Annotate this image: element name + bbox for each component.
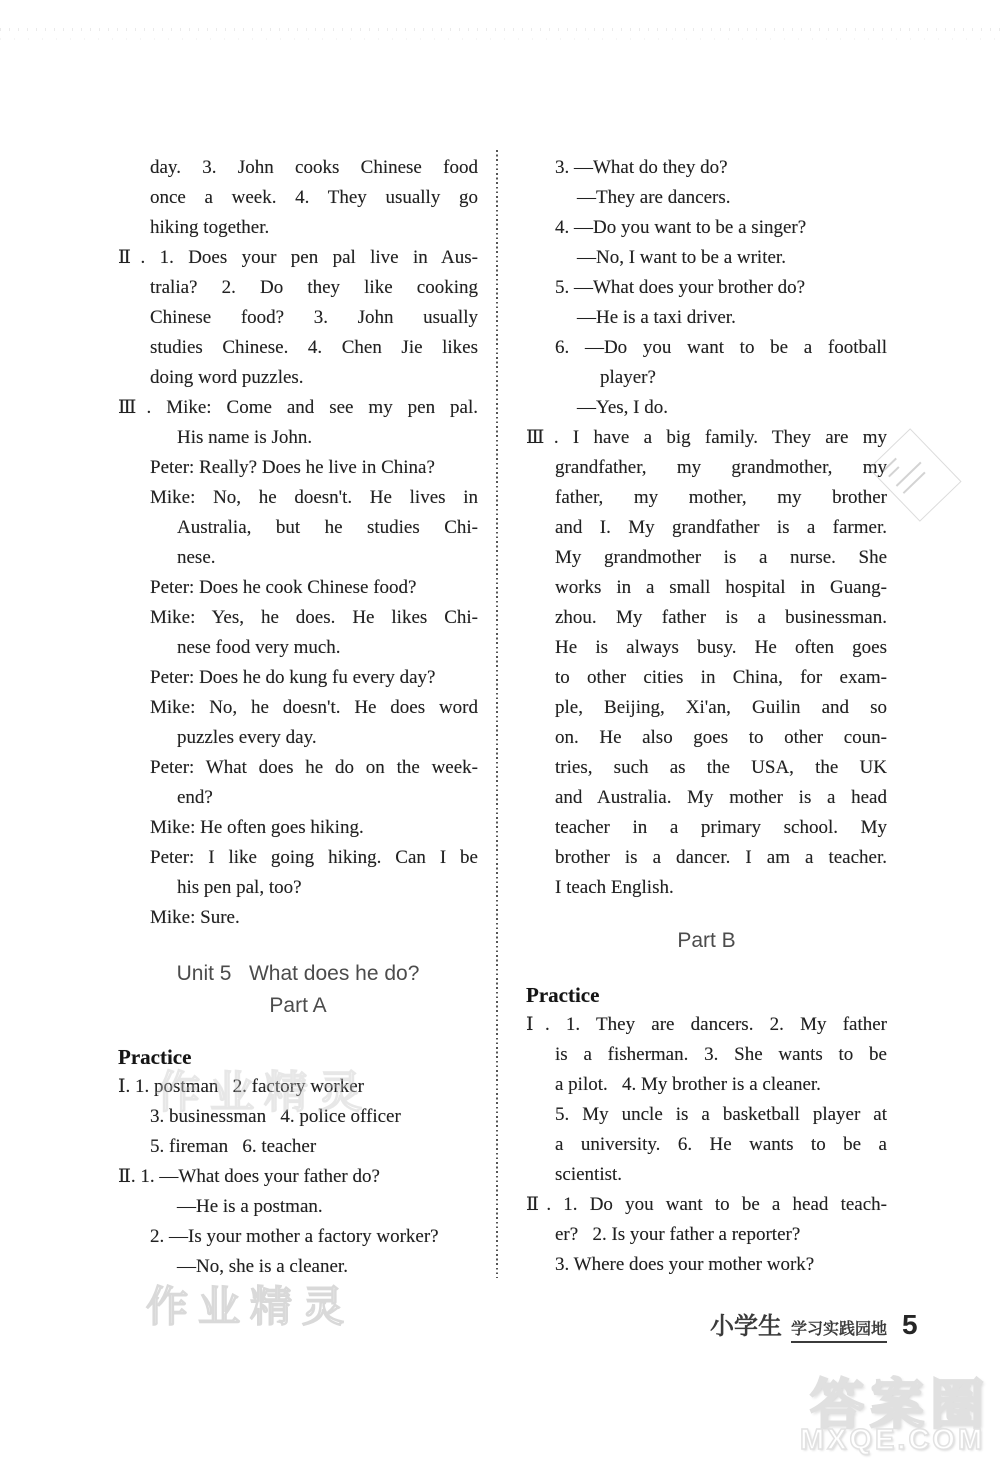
text-line: and Australia. My mother is a head <box>526 783 887 813</box>
text-line: 3. —What do they do? <box>526 153 887 183</box>
text-line: end? <box>118 783 478 813</box>
text-line: puzzles every day. <box>118 723 478 753</box>
footer-brand: 小学生 <box>710 1306 782 1341</box>
watermark-site-url: MXQE.COM <box>800 1424 985 1457</box>
practice-heading: Practice <box>526 980 887 1010</box>
scan-noise <box>0 28 1000 31</box>
column-divider <box>496 150 498 1278</box>
text-line: Ⅰ. 1. They are dancers. 2. My father <box>526 1010 887 1040</box>
text-line: His name is John. <box>118 423 478 453</box>
text-line: Peter: Really? Does he live in China? <box>118 453 478 483</box>
text-line: and I. My grandfather is a farmer. <box>526 513 887 543</box>
part-heading: Part A <box>118 990 478 1022</box>
text-line: Ⅱ. 1. —What does your father do? <box>118 1162 478 1192</box>
text-line: brother is a dancer. I am a teacher. <box>526 843 887 873</box>
footer-series: 学习实践园地 <box>791 1316 887 1343</box>
text-line: to other cities in China, for exam- <box>526 663 887 693</box>
text-line: works in a small hospital in Guang- <box>526 573 887 603</box>
text-line: He is always busy. He often goes <box>526 633 887 663</box>
text-line: tries, such as the USA, the UK <box>526 753 887 783</box>
text-line: Ⅱ. 1. Do you want to be a head teach- <box>526 1190 887 1220</box>
text-line: 6. —Do you want to be a football <box>526 333 887 363</box>
text-line: studies Chinese. 4. Chen Jie likes <box>118 333 478 363</box>
text-line: Peter: Does he cook Chinese food? <box>118 573 478 603</box>
text-line: Peter: I like going hiking. Can I be <box>118 843 478 873</box>
text-line: —Yes, I do. <box>526 393 887 423</box>
text-line: I teach English. <box>526 873 887 903</box>
text-line: Mike: No, he doesn't. He does word <box>118 693 478 723</box>
text-line: Mike: He often goes hiking. <box>118 813 478 843</box>
text-line: on. He also goes to other coun- <box>526 723 887 753</box>
text-line: doing word puzzles. <box>118 363 478 393</box>
text-line: Ⅲ. I have a big family. They are my <box>526 423 887 453</box>
text-line: grandfather, my grandmother, my <box>526 453 887 483</box>
text-line: —He is a taxi driver. <box>526 303 887 333</box>
watermark-homework-lower: 作业精灵 <box>146 1274 354 1334</box>
text-line: Mike: No, he doesn't. He lives in <box>118 483 478 513</box>
text-line: teacher in a primary school. My <box>526 813 887 843</box>
text-line: —He is a postman. <box>118 1192 478 1222</box>
right-column: 3. —What do they do?—They are dancers.4.… <box>526 153 887 1280</box>
text-line: Ⅲ. Mike: Come and see my pen pal. <box>118 393 478 423</box>
text-line: er? 2. Is your father a reporter? <box>526 1220 887 1250</box>
text-line: Chinese food? 3. John usually <box>118 303 478 333</box>
text-line: Mike: Yes, he does. He likes Chi- <box>118 603 478 633</box>
text-line: player? <box>526 363 887 393</box>
text-line: Ⅱ. 1. Does your pen pal live in Aus- <box>118 243 478 273</box>
page-number: 5 <box>902 1309 918 1341</box>
text-line: is a fisherman. 3. She wants to be <box>526 1040 887 1070</box>
text-line: hiking together. <box>118 213 478 243</box>
watermark-homework-upper: 作业精灵 <box>156 1056 372 1120</box>
text-line: a pilot. 4. My brother is a cleaner. <box>526 1070 887 1100</box>
text-line: 5. —What does your brother do? <box>526 273 887 303</box>
text-line: Peter: What does he do on the week- <box>118 753 478 783</box>
text-line: —They are dancers. <box>526 183 887 213</box>
text-line: ple, Beijing, Xi'an, Guilin and so <box>526 693 887 723</box>
text-line: father, my mother, my brother <box>526 483 887 513</box>
text-line: scientist. <box>526 1160 887 1190</box>
text-line: his pen pal, too? <box>118 873 478 903</box>
unit-heading: Unit 5 What does he do? <box>118 958 478 990</box>
part-heading: Part B <box>526 925 887 957</box>
text-line: Mike: Sure. <box>118 903 478 933</box>
text-line: 3. Where does your mother work? <box>526 1250 887 1280</box>
text-line: —No, I want to be a writer. <box>526 243 887 273</box>
text-line: 5. My uncle is a basketball player at <box>526 1100 887 1130</box>
text-line: 2. —Is your mother a factory worker? <box>118 1222 478 1252</box>
text-line: Australia, but he studies Chi- <box>118 513 478 543</box>
text-line: Peter: Does he do kung fu every day? <box>118 663 478 693</box>
text-line: zhou. My father is a businessman. <box>526 603 887 633</box>
text-line: 5. fireman 6. teacher <box>118 1132 478 1162</box>
text-line: once a week. 4. They usually go <box>118 183 478 213</box>
page-footer: 小学生 学习实践园地 5 <box>710 1306 918 1343</box>
text-line: day. 3. John cooks Chinese food <box>118 153 478 183</box>
text-line: My grandmother is a nurse. She <box>526 543 887 573</box>
text-line: a university. 6. He wants to be a <box>526 1130 887 1160</box>
text-line: nese. <box>118 543 478 573</box>
scan-noise <box>0 38 1000 40</box>
text-line: 4. —Do you want to be a singer? <box>526 213 887 243</box>
text-line: tralia? 2. Do they like cooking <box>118 273 478 303</box>
text-line: nese food very much. <box>118 633 478 663</box>
workbook-answer-page: day. 3. John cooks Chinese foodonce a we… <box>0 0 1000 1471</box>
